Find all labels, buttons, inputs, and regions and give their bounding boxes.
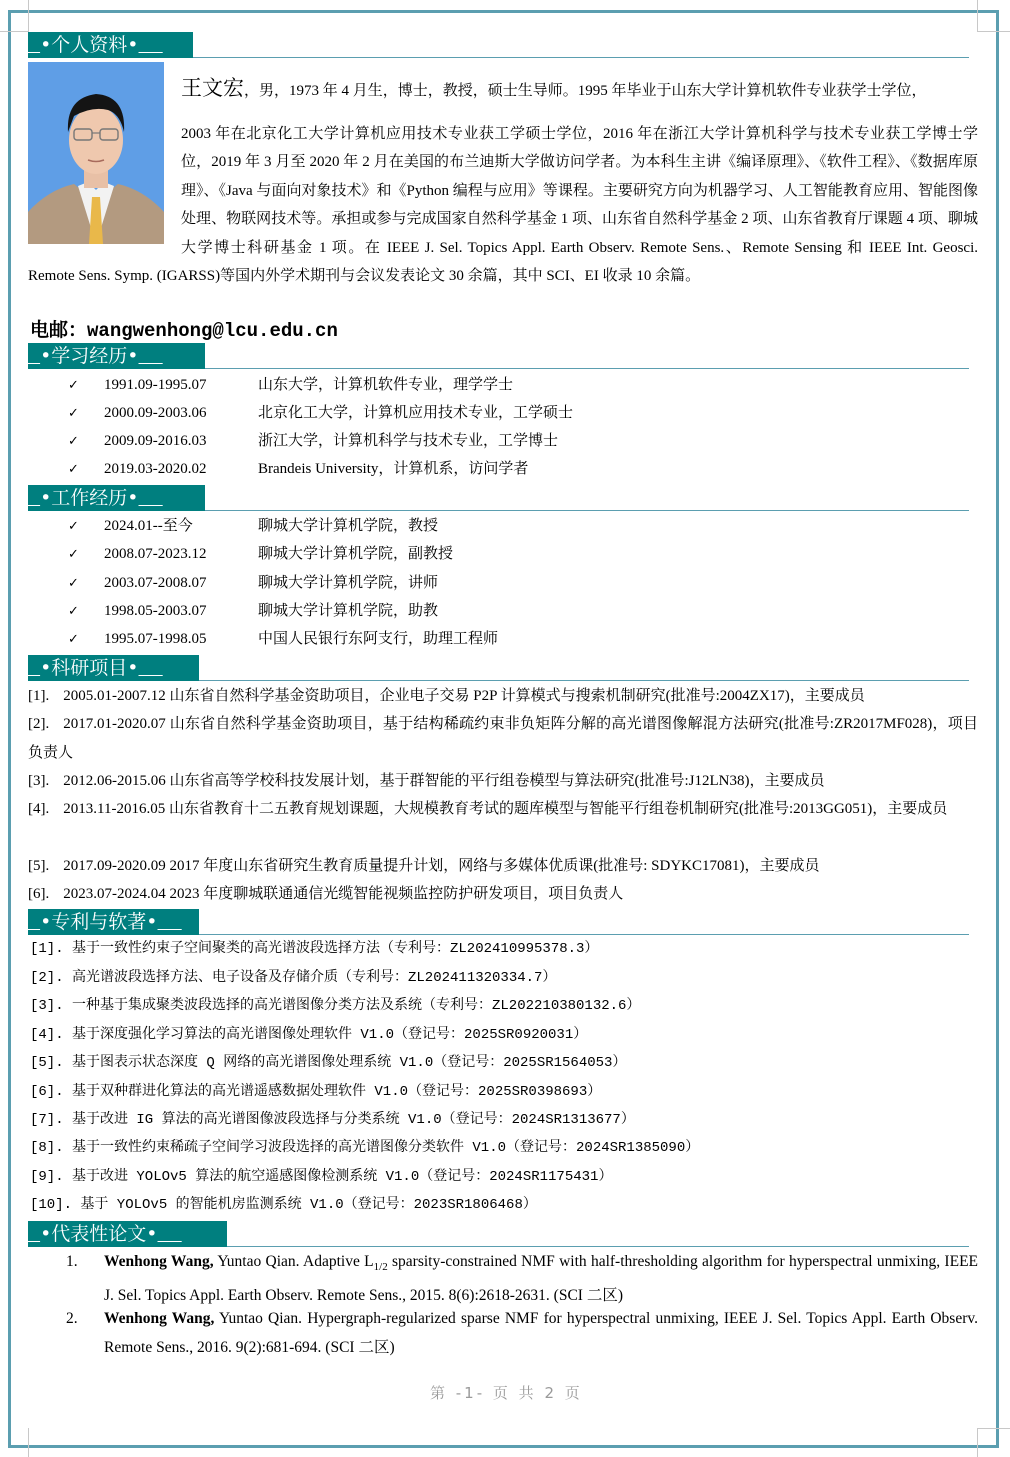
crop-mark-br-h bbox=[977, 1428, 1010, 1429]
patent-item: [1]. 基于一致性约束子空间聚类的高光谱波段选择方法（专利号：ZL202410… bbox=[30, 938, 598, 960]
item-date: 1998.05-2003.07 bbox=[104, 600, 207, 622]
check-icon: ✓ bbox=[68, 430, 79, 452]
item-index: [1]. bbox=[28, 688, 49, 704]
item-date: 2009.09-2016.03 bbox=[104, 430, 207, 452]
email-line: 电邮：wangwenhong@lcu.edu.cn bbox=[30, 315, 338, 342]
section-title: •个人资料• bbox=[40, 34, 138, 56]
item-index: [4]. bbox=[28, 801, 49, 817]
patent-item: [9]. 基于改进 YOLOv5 算法的航空遥感图像检测系统 V1.0（登记号：… bbox=[30, 1166, 612, 1188]
item-date: 2019.03-2020.02 bbox=[104, 458, 207, 480]
patent-item: [10]. 基于 YOLOv5 的智能机房监测系统 V1.0（登记号：2023S… bbox=[30, 1194, 537, 1216]
item-index: [2]. bbox=[28, 716, 49, 732]
item-index: [6]. bbox=[28, 886, 49, 902]
paper-author: Wenhong Wang, bbox=[104, 1253, 214, 1270]
item-text: 2013.11-2016.05 山东省教育十二五教育规划课题，大规模教育考试的题… bbox=[63, 801, 947, 817]
project-item: [1].2005.01-2007.12 山东省自然科学基金资助项目，企业电子交易… bbox=[28, 682, 978, 711]
check-icon: ✓ bbox=[68, 600, 79, 622]
crop-mark-tr-v bbox=[977, 0, 978, 32]
item-date: 2024.01--至今 bbox=[104, 515, 193, 537]
paper-item: 2. Wenhong Wang, Yuntao Qian. Hypergraph… bbox=[66, 1305, 978, 1362]
project-item: [2].2017.01-2020.07 山东省自然科学基金资助项目，基于结构稀疏… bbox=[28, 710, 978, 767]
paper-citation: Yuntao Qian. Hypergraph-regularized spar… bbox=[104, 1310, 978, 1356]
section-title: •代表性论文• bbox=[40, 1223, 157, 1245]
project-item: [5].2017.09-2020.09 2017 年度山东省研究生教育质量提升计… bbox=[28, 852, 978, 881]
paper-author: Wenhong Wang, bbox=[104, 1310, 214, 1327]
crop-mark-bl-v bbox=[28, 1428, 29, 1457]
item-text: 2012.06-2015.06 山东省高等学校科技发展计划，基于群智能的平行组卷… bbox=[63, 773, 824, 789]
item-desc: 聊城大学计算机学院，副教授 bbox=[258, 543, 453, 565]
patent-item: [4]. 基于深度强化学习算法的高光谱图像处理软件 V1.0（登记号：2025S… bbox=[30, 1024, 587, 1046]
check-icon: ✓ bbox=[68, 628, 79, 650]
item-date: 1995.07-1998.05 bbox=[104, 628, 207, 650]
profile-bio: 王文宏，男，1973 年 4 月生，博士，教授，硕士生导师。1995 年毕业于山… bbox=[28, 74, 978, 291]
check-icon: ✓ bbox=[68, 543, 79, 565]
paper-item: 1. Wenhong Wang, Yuntao Qian. Adaptive L… bbox=[66, 1248, 978, 1310]
patent-item: [7]. 基于改进 IG 算法的高光谱图像波段选择与分类系统 V1.0（登记号：… bbox=[30, 1109, 635, 1131]
project-item: [6].2023.07-2024.04 2023 年度聊城联通通信光缆智能视频监… bbox=[28, 880, 978, 909]
section-title: •科研项目• bbox=[40, 657, 138, 679]
item-index: [5]. bbox=[28, 858, 49, 874]
check-icon: ✓ bbox=[68, 458, 79, 480]
email-label: 电邮： bbox=[30, 319, 87, 341]
section-title: •学习经历• bbox=[40, 345, 138, 367]
item-date: 1991.09-1995.07 bbox=[104, 374, 207, 396]
crop-mark-tl-v bbox=[28, 0, 29, 32]
paper-number: 1. bbox=[66, 1248, 78, 1277]
item-text: 2023.07-2024.04 2023 年度聊城联通通信光缆智能视频监控防护研… bbox=[63, 886, 623, 902]
patent-item: [2]. 高光谱波段选择方法、电子设备及存储介质（专利号：ZL202411320… bbox=[30, 967, 556, 989]
page-footer: 第 -1- 页 共 2 页 bbox=[430, 1382, 583, 1403]
item-desc: 聊城大学计算机学院，助教 bbox=[258, 600, 438, 622]
section-title: •专利与软著• bbox=[40, 911, 157, 933]
item-desc: 北京化工大学，计算机应用技术专业，工学硕士 bbox=[258, 402, 573, 424]
paper-number: 2. bbox=[66, 1305, 78, 1334]
email-link[interactable]: wangwenhong@lcu.edu.cn bbox=[87, 320, 338, 342]
section-title: •工作经历• bbox=[40, 487, 138, 509]
item-desc: 聊城大学计算机学院，讲师 bbox=[258, 572, 438, 594]
project-item: [4].2013.11-2016.05 山东省教育十二五教育规划课题，大规模教育… bbox=[28, 795, 978, 824]
crop-mark-br-v bbox=[977, 1428, 978, 1457]
check-icon: ✓ bbox=[68, 572, 79, 594]
item-text: 2005.01-2007.12 山东省自然科学基金资助项目，企业电子交易 P2P… bbox=[63, 688, 865, 704]
item-text: 2017.01-2020.07 山东省自然科学基金资助项目，基于结构稀疏约束非负… bbox=[28, 716, 978, 761]
crop-mark-tr-h bbox=[977, 31, 1010, 32]
check-icon: ✓ bbox=[68, 374, 79, 396]
person-name: 王文宏 bbox=[181, 76, 244, 100]
item-desc: 浙江大学，计算机科学与技术专业，工学博士 bbox=[258, 430, 558, 452]
paper-subscript: 1/2 bbox=[374, 1261, 388, 1273]
paper-citation: Yuntao Qian. Adaptive L bbox=[214, 1253, 374, 1270]
item-index: [3]. bbox=[28, 773, 49, 789]
check-icon: ✓ bbox=[68, 515, 79, 537]
item-text: 2017.09-2020.09 2017 年度山东省研究生教育质量提升计划，网络… bbox=[63, 858, 819, 874]
patent-item: [6]. 基于双种群进化算法的高光谱遥感数据处理软件 V1.0（登记号：2025… bbox=[30, 1081, 601, 1103]
item-date: 2008.07-2023.12 bbox=[104, 543, 207, 565]
project-item: [3].2012.06-2015.06 山东省高等学校科技发展计划，基于群智能的… bbox=[28, 767, 978, 796]
bio-line-1: ，男，1973 年 4 月生，博士，教授，硕士生导师。1995 年毕业于山东大学… bbox=[244, 83, 927, 99]
item-date: 2000.09-2003.06 bbox=[104, 402, 207, 424]
item-desc: 中国人民银行东阿支行，助理工程师 bbox=[258, 628, 498, 650]
item-desc: Brandeis University，计算机系，访问学者 bbox=[258, 458, 528, 480]
item-desc: 聊城大学计算机学院，教授 bbox=[258, 515, 438, 537]
item-desc: 山东大学，计算机软件专业，理学学士 bbox=[258, 374, 513, 396]
item-date: 2003.07-2008.07 bbox=[104, 572, 207, 594]
check-icon: ✓ bbox=[68, 402, 79, 424]
patent-item: [3]. 一种基于集成聚类波段选择的高光谱图像分类方法及系统（专利号：ZL202… bbox=[30, 995, 640, 1017]
patent-item: [5]. 基于图表示状态深度 Q 网络的高光谱图像处理系统 V1.0（登记号：2… bbox=[30, 1052, 626, 1074]
crop-mark-tl-h bbox=[0, 31, 29, 32]
patent-item: [8]. 基于一致性约束稀疏子空间学习波段选择的高光谱图像分类软件 V1.0（登… bbox=[30, 1137, 699, 1159]
